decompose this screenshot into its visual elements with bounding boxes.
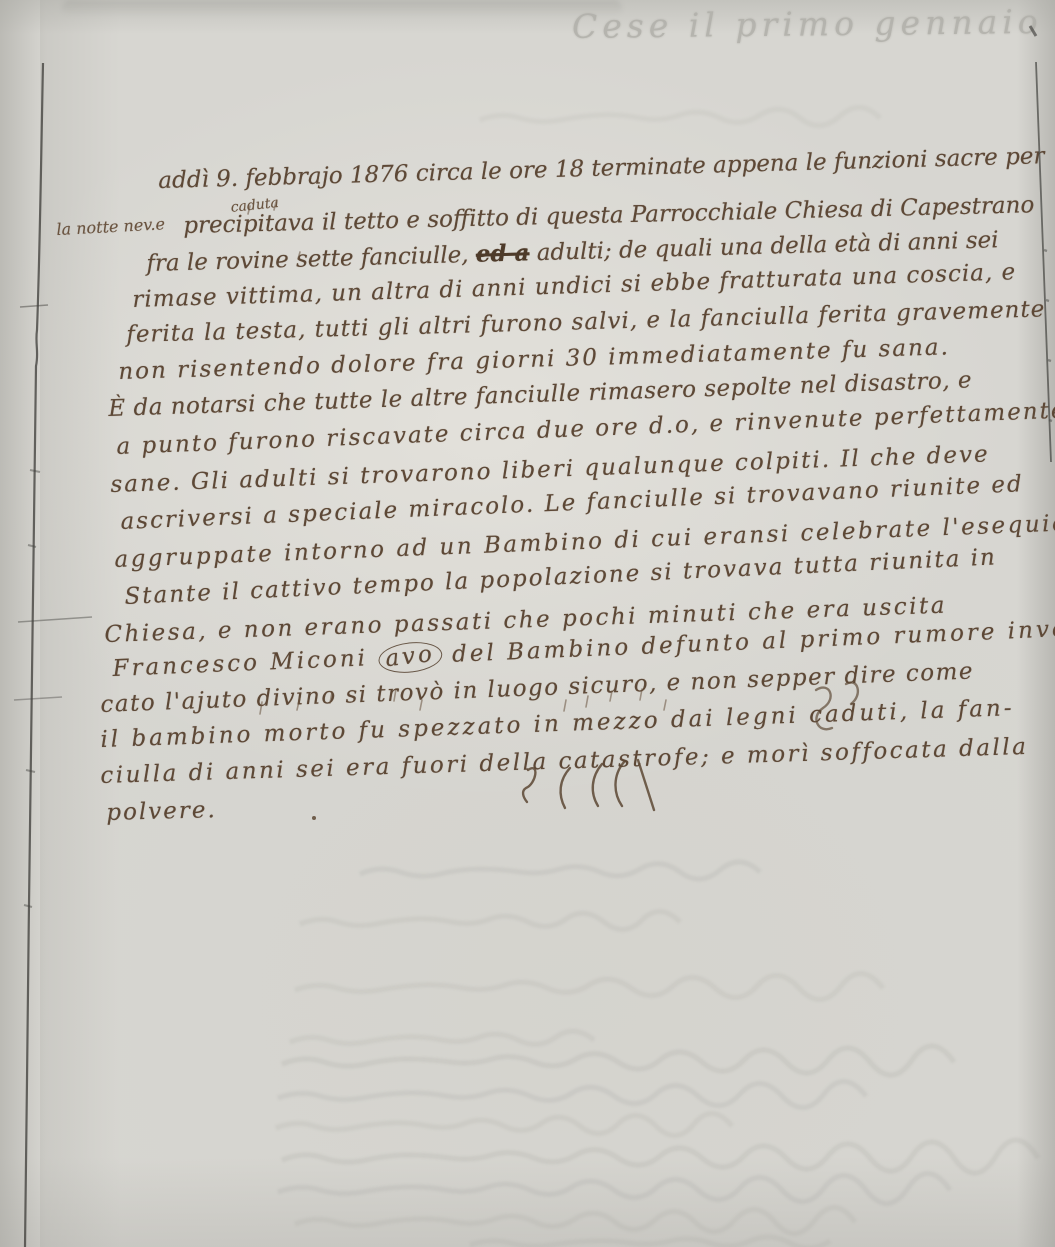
- manuscript-photo: { "page": { "paper_color": "#d7d6d1", "i…: [0, 0, 1055, 1247]
- line14-circled-word: avo: [377, 639, 444, 676]
- manuscript-line: polvere.: [106, 797, 217, 826]
- ghost-header-text: Cese il primo gennaio 18: [572, 1, 1055, 46]
- bleedthrough-smudge-top: [62, 0, 622, 16]
- line3-struck-word: ed a: [475, 239, 529, 267]
